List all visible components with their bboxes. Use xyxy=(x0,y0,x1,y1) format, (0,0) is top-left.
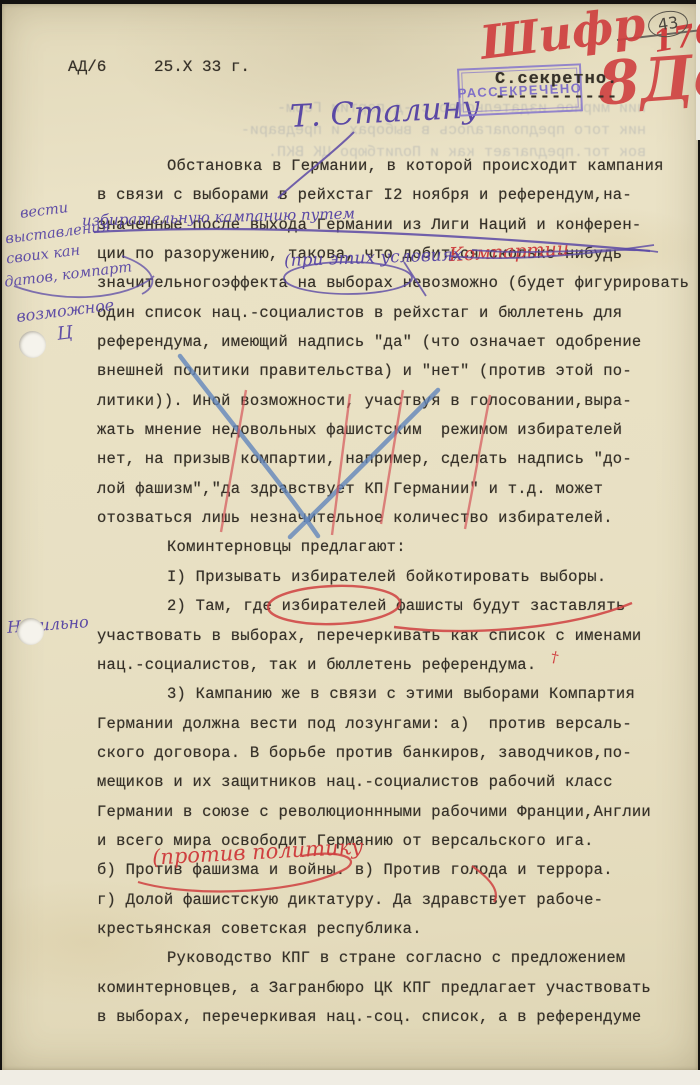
typed-line: нац.-социалистов, так и бюллетень рефере… xyxy=(97,651,697,680)
typed-line: крестьянская советская республика. xyxy=(97,915,697,944)
typed-line: жать мнение недовольных фашистским режим… xyxy=(97,416,697,445)
typed-line: 2) Там, где избирателей фашисты будут за… xyxy=(97,592,697,621)
document-date: 25.X 33 г. xyxy=(154,58,250,76)
typed-line: ского договора. В борьбе против банкиров… xyxy=(97,739,697,768)
typed-line: Германии в союзе с революционнными рабоч… xyxy=(97,798,697,827)
typed-line: г) Долой фашистскую диктатуру. Да здравс… xyxy=(97,886,697,915)
typed-line: референдума, имеющий надпись "да" (что о… xyxy=(97,328,697,357)
typed-line: Обстановка в Германии, в которой происхо… xyxy=(97,152,697,181)
margin-note: своих кан xyxy=(5,243,81,268)
typed-line: в связи с выборами в рейхстаг I2 ноября … xyxy=(97,181,697,210)
typed-line: отозваться лишь незначительное количеств… xyxy=(97,504,697,533)
punch-hole xyxy=(19,331,46,358)
document-reference: АД/6 xyxy=(68,58,106,76)
scan-background: нии мирное издательство с.-д.партии Герм… xyxy=(0,0,700,1085)
typed-line: литики)). Иной возможности, участвуя в г… xyxy=(97,387,697,416)
typed-line: I) Призывать избирателей бойкотировать в… xyxy=(97,563,697,592)
typed-line: значительногоэффекта на выборах невозмож… xyxy=(97,269,697,298)
secrecy-label: С.секретно. xyxy=(495,70,618,89)
secrecy-underline: ----------- xyxy=(495,88,618,107)
typed-line: 3) Кампанию же в связи с этими выборами … xyxy=(97,680,697,709)
typed-line: Руководство КПГ в стране согласно с пред… xyxy=(97,944,697,973)
typed-line: Германии должна вести под лозунгами: а) … xyxy=(97,710,697,739)
typed-line: внешней политики правительства) и "нет" … xyxy=(97,357,697,386)
typed-line: нет, на призыв компартии, например, сдел… xyxy=(97,445,697,474)
document-page: нии мирное издательство с.-д.партии Герм… xyxy=(2,4,698,1070)
typed-line: Коминтерновцы предлагают: xyxy=(97,533,697,562)
punch-hole xyxy=(17,618,44,645)
typed-body: Обстановка в Германии, в которой происхо… xyxy=(97,152,697,1032)
margin-note: Ц xyxy=(56,322,74,345)
typed-line: лой фашизм","да здравствует КП Германии"… xyxy=(97,475,697,504)
typed-line: один список нац.-социалистов в рейхстаг … xyxy=(97,299,697,328)
typed-line: в выборах, перечеркивая нац.-соц. список… xyxy=(97,1003,697,1032)
margin-note: вести xyxy=(19,200,69,222)
scanner-edge xyxy=(0,1070,700,1085)
typed-line: мещиков и их защитников нац.-социалистов… xyxy=(97,768,697,797)
typed-line: коминтерновцев, а Загранбюро ЦК КПГ пред… xyxy=(97,974,697,1003)
typed-line: участвовать в выборах, перечеркивать как… xyxy=(97,622,697,651)
